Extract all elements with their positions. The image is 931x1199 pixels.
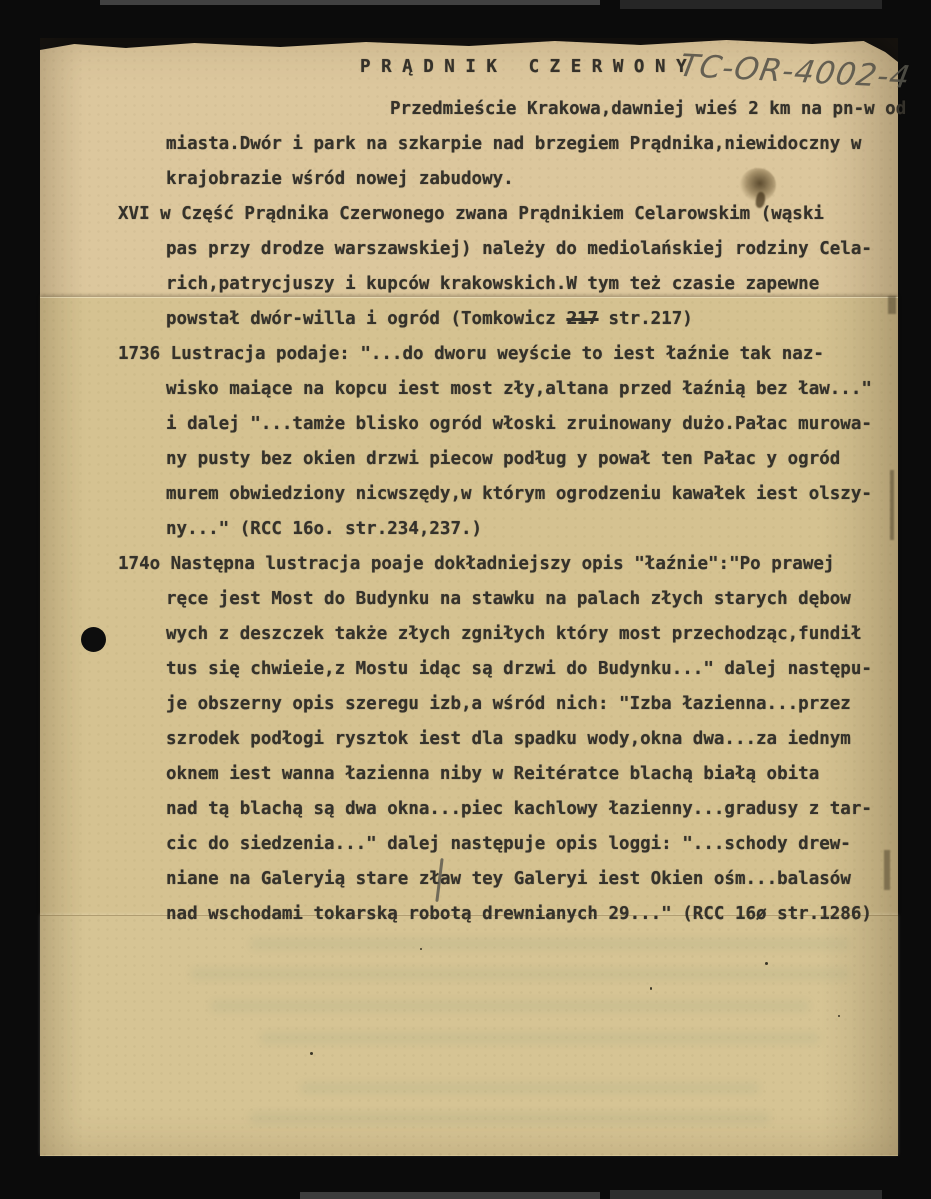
text-segment: tey Galeryi iest Okien ośm...balasów [461, 869, 851, 889]
text-segment: wych z deszczek także złych zgniłych któ… [166, 624, 861, 644]
text-line: wisko maiące na kopcu iest most zły,alta… [166, 379, 872, 399]
text-segment: str.217) [598, 309, 693, 329]
text-line: rich,patrycjuszy i kupców krakowskich.W … [166, 274, 819, 294]
hole-punch [81, 627, 106, 652]
text-segment: krajobrazie wśród nowej zabudowy. [166, 169, 514, 189]
paper-edge-mark [890, 470, 894, 540]
text-segment: Przedmieście Krakowa,dawniej wieś 2 km n… [390, 99, 906, 119]
text-segment: i dalej "...tamże blisko ogród włoski zr… [166, 414, 872, 434]
scanner-edge-strip [610, 1190, 882, 1199]
text-segment: je obszerny opis szeregu izb,a wśród nic… [166, 694, 851, 714]
scanner-edge-strip [100, 0, 600, 5]
text-line: tus się chwieie,z Mostu idąc są drzwi do… [166, 659, 872, 679]
text-segment: cic do siedzenia..." dalej następuje opi… [166, 834, 851, 854]
text-segment: ny pusty bez okien drzwi piecow podług y… [166, 449, 840, 469]
text-segment: nad wschodami tokarską robotą drewnianyc… [166, 904, 872, 924]
text-line: Przedmieście Krakowa,dawniej wieś 2 km n… [390, 99, 906, 119]
struck-text-segment: 217 [566, 309, 598, 329]
pen-marked-text-segment: zław [419, 869, 461, 889]
bleed-through-mark [190, 968, 850, 980]
text-line: 1736 Lustracja podaje: "...do dworu weyś… [118, 344, 824, 364]
text-line: murem obwiedziony nicwszędy,w którym ogr… [166, 484, 872, 504]
text-line: pas przy drodze warszawskiej) należy do … [166, 239, 872, 259]
text-line: 174o Następna lustracja poaje dokładniej… [118, 554, 834, 574]
text-segment: powstał dwór-willa i ogród (Tomkowicz [166, 309, 566, 329]
text-line: ny pusty bez okien drzwi piecow podług y… [166, 449, 840, 469]
paper-speck [310, 1052, 313, 1055]
paper-speck [420, 948, 422, 950]
bleed-through-mark [250, 1112, 770, 1124]
text-line: krajobrazie wśród nowej zabudowy. [166, 169, 514, 189]
text-segment: ręce jest Most do Budynku na stawku na p… [166, 589, 851, 609]
text-line: oknem iest wanna łazienna niby w Reitéra… [166, 764, 819, 784]
text-segment: niane na Galeryią stare [166, 869, 419, 889]
text-segment: ny..." (RCC 16o. str.234,237.) [166, 519, 482, 539]
bleed-through-mark [300, 1082, 760, 1094]
text-line: miasta.Dwór i park na szkarpie nad brzeg… [166, 134, 861, 154]
text-segment: murem obwiedziony nicwszędy,w którym ogr… [166, 484, 872, 504]
paper-speck [838, 1015, 840, 1017]
text-line: ny..." (RCC 16o. str.234,237.) [166, 519, 482, 539]
text-segment: XVI w Część Prądnika Czerwonego zwana Pr… [118, 204, 824, 224]
text-line: i dalej "...tamże blisko ogród włoski zr… [166, 414, 872, 434]
text-segment: pas przy drodze warszawskiej) należy do … [166, 239, 872, 259]
document-title: P R Ą D N I K C Z E R W O N Y [360, 57, 687, 77]
paper-speck [765, 962, 768, 965]
text-line: cic do siedzenia..." dalej następuje opi… [166, 834, 851, 854]
text-segment: rich,patrycjuszy i kupców krakowskich.W … [166, 274, 819, 294]
paper-speck [650, 987, 652, 990]
text-segment: wisko maiące na kopcu iest most zły,alta… [166, 379, 872, 399]
text-line: powstał dwór-willa i ogród (Tomkowicz 21… [166, 309, 693, 329]
text-line: XVI w Część Prądnika Czerwonego zwana Pr… [118, 204, 824, 224]
text-line: ręce jest Most do Budynku na stawku na p… [166, 589, 851, 609]
text-line: niane na Galeryią stare zław tey Galeryi… [166, 869, 851, 889]
text-line: nad tą blachą są dwa okna...piec kachlow… [166, 799, 872, 819]
paper-edge-mark [884, 850, 890, 890]
text-segment: szrodek podłogi rysztok iest dla spadku … [166, 729, 851, 749]
text-line: wych z deszczek także złych zgniłych któ… [166, 624, 861, 644]
text-segment: 174o Następna lustracja poaje dokładniej… [118, 554, 834, 574]
bleed-through-mark [260, 1032, 820, 1044]
text-segment: tus się chwieie,z Mostu idąc są drzwi do… [166, 659, 872, 679]
bleed-through-mark [250, 938, 850, 950]
text-segment: nad tą blachą są dwa okna...piec kachlow… [166, 799, 872, 819]
scanner-edge-strip [300, 1192, 600, 1199]
bleed-through-mark [210, 1000, 810, 1012]
text-line: szrodek podłogi rysztok iest dla spadku … [166, 729, 851, 749]
text-line: je obszerny opis szeregu izb,a wśród nic… [166, 694, 851, 714]
text-line: nad wschodami tokarską robotą drewnianyc… [166, 904, 872, 924]
scanned-page: P R Ą D N I K C Z E R W O N Y TC-OR-4002… [0, 0, 931, 1199]
paper-edge-mark [888, 296, 896, 314]
text-segment: oknem iest wanna łazienna niby w Reitéra… [166, 764, 819, 784]
scanner-edge-strip [620, 0, 882, 9]
text-segment: 1736 Lustracja podaje: "...do dworu weyś… [118, 344, 824, 364]
text-segment: miasta.Dwór i park na szkarpie nad brzeg… [166, 134, 861, 154]
